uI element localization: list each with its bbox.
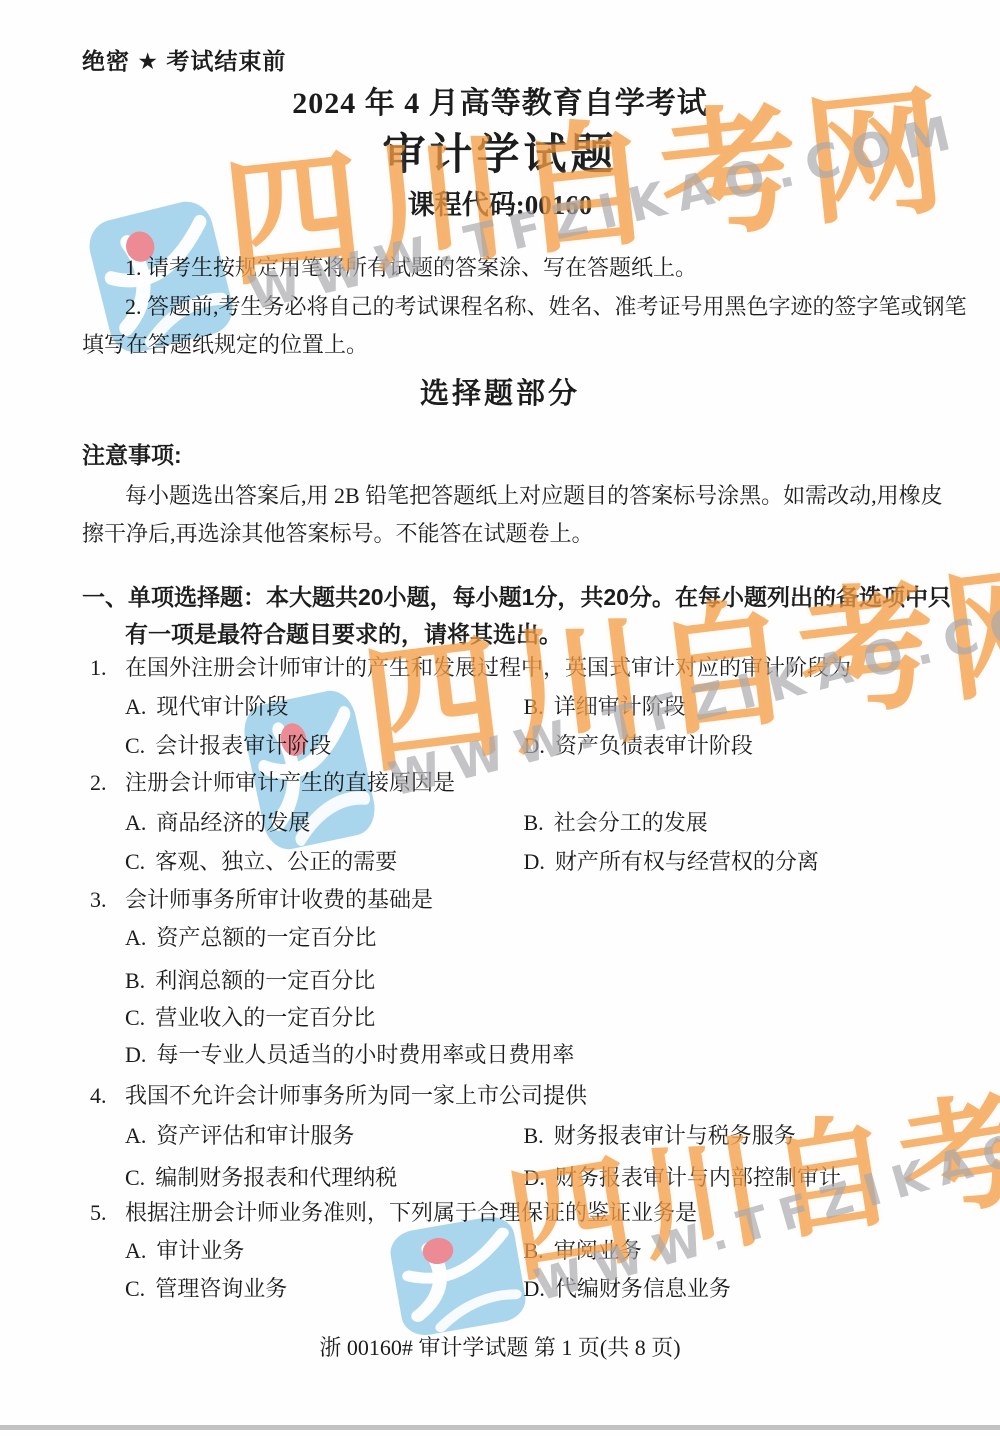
classification-label: 绝密 ★ 考试结束前 — [82, 48, 286, 76]
option-label: B. — [524, 1123, 544, 1148]
option-label: A. — [125, 1238, 146, 1263]
exam-title: 2024 年 4 月高等教育自学考试 — [0, 86, 1000, 122]
option-text: 资产评估和审计服务 — [156, 1123, 354, 1148]
option-label: A. — [125, 1123, 146, 1148]
option-item: D.财务报表审计与内部控制审计 — [524, 1165, 841, 1191]
option-item: A.审计业务 — [125, 1238, 518, 1264]
option-text: 社会分工的发展 — [554, 810, 708, 835]
question-number: 4. — [90, 1083, 125, 1109]
option-label: A. — [125, 810, 146, 835]
option-label: C. — [125, 733, 145, 758]
option-item: B.社会分工的发展 — [524, 810, 708, 836]
exam-page: 四川自考网 WWW.TFZIKAO.COM 四川自考网 WWW.TFZIKAO.… — [0, 0, 1000, 1436]
option-item: A.商品经济的发展 — [125, 810, 518, 836]
section-title: 选择题部分 — [0, 377, 1000, 412]
question-3-option-c: C.营业收入的一定百分比 — [125, 1005, 935, 1031]
question-number: 3. — [90, 887, 125, 913]
question-3-option-b: B.利润总额的一定百分比 — [125, 968, 935, 994]
question-3-option-a: A.资产总额的一定百分比 — [125, 925, 935, 951]
course-code: 课程代码:00160 — [0, 189, 1000, 221]
question-5-options-row-1: A.审计业务 B.审阅业务 — [125, 1238, 935, 1264]
option-text: 财务报表审计与税务服务 — [554, 1123, 796, 1148]
question-1-options-row-1: A.现代审计阶段 B.详细审计阶段 — [125, 694, 935, 720]
option-item: D.代编财务信息业务 — [524, 1276, 731, 1302]
option-text: 财务报表审计与内部控制审计 — [555, 1165, 841, 1190]
option-item: C.会计报表审计阶段 — [125, 733, 518, 759]
mcq-heading-line-1: 一、单项选择题：本大题共20小题，每小题1分，共20分。在每小题列出的备选项中只 — [82, 584, 951, 612]
option-label: D. — [125, 1042, 146, 1067]
option-text: 资产总额的一定百分比 — [156, 925, 376, 950]
option-item: C.管理咨询业务 — [125, 1276, 518, 1302]
option-label: B. — [524, 810, 544, 835]
option-text: 编制财务报表和代理纳税 — [155, 1165, 397, 1190]
option-item: A.资产评估和审计服务 — [125, 1123, 518, 1149]
question-stem-text: 会计师事务所审计收费的基础是 — [125, 887, 433, 912]
question-3-stem: 3.会计师事务所审计收费的基础是 — [90, 887, 433, 913]
option-label: B. — [524, 694, 544, 719]
option-label: C. — [125, 1005, 145, 1030]
notice-line-1: 每小题选出答案后,用 2B 铅笔把答题纸上对应题目的答案标号涂黑。如需改动,用橡… — [125, 483, 943, 509]
option-item: C.营业收入的一定百分比 — [125, 1005, 375, 1031]
option-text: 会计报表审计阶段 — [155, 733, 331, 758]
option-label: D. — [524, 1276, 545, 1301]
question-2-stem: 2.注册会计师审计产生的直接原因是 — [90, 770, 455, 796]
question-4-options-row-2: C.编制财务报表和代理纳税 D.财务报表审计与内部控制审计 — [125, 1165, 935, 1191]
question-stem-text: 根据注册会计师业务准则，下列属于合理保证的鉴证业务是 — [125, 1200, 697, 1225]
option-text: 管理咨询业务 — [155, 1276, 287, 1301]
question-3-option-d: D.每一专业人员适当的小时费用率或日费用率 — [125, 1042, 935, 1068]
option-item: C.编制财务报表和代理纳税 — [125, 1165, 518, 1191]
question-number: 2. — [90, 770, 125, 796]
option-label: A. — [125, 694, 146, 719]
option-item: B.审阅业务 — [524, 1238, 642, 1264]
option-text: 利润总额的一定百分比 — [155, 968, 375, 993]
notice-label: 注意事项: — [82, 442, 182, 470]
option-item: D.财产所有权与经营权的分离 — [524, 849, 819, 875]
option-label: C. — [125, 849, 145, 874]
option-item: C.客观、独立、公正的需要 — [125, 849, 518, 875]
option-item: A.现代审计阶段 — [125, 694, 518, 720]
option-label: D. — [524, 849, 545, 874]
option-label: A. — [125, 925, 146, 950]
instruction-line-1: 1. 请考生按规定用笔将所有试题的答案涂、写在答题纸上。 — [125, 255, 697, 281]
option-text: 代编财务信息业务 — [555, 1276, 731, 1301]
option-label: B. — [524, 1238, 544, 1263]
watermark-url: WWW.TFZIKAO.COM — [384, 578, 1000, 808]
instruction-line-3: 填写在答题纸规定的位置上。 — [82, 332, 368, 358]
question-5-stem: 5.根据注册会计师业务准则，下列属于合理保证的鉴证业务是 — [90, 1200, 697, 1226]
question-stem-text: 在国外注册会计师审计的产生和发展过程中，英国式审计对应的审计阶段为 — [125, 655, 851, 680]
option-text: 现代审计阶段 — [156, 694, 288, 719]
paper-title: 审计学试题 — [0, 130, 1000, 182]
option-text: 客观、独立、公正的需要 — [155, 849, 397, 874]
option-text: 审计业务 — [156, 1238, 244, 1263]
option-text: 详细审计阶段 — [554, 694, 686, 719]
option-text: 财产所有权与经营权的分离 — [555, 849, 819, 874]
question-stem-text: 我国不允许会计师事务所为同一家上市公司提供 — [125, 1083, 587, 1108]
scan-edge-line — [0, 1425, 1000, 1430]
question-number: 5. — [90, 1200, 125, 1226]
question-4-options-row-1: A.资产评估和审计服务 B.财务报表审计与税务服务 — [125, 1123, 935, 1149]
question-4-stem: 4.我国不允许会计师事务所为同一家上市公司提供 — [90, 1083, 587, 1109]
option-item: B.利润总额的一定百分比 — [125, 968, 375, 994]
option-label: D. — [524, 1165, 545, 1190]
option-item: D.每一专业人员适当的小时费用率或日费用率 — [125, 1042, 574, 1068]
option-text: 资产负债表审计阶段 — [555, 733, 753, 758]
option-text: 审阅业务 — [554, 1238, 642, 1263]
question-stem-text: 注册会计师审计产生的直接原因是 — [125, 770, 455, 795]
option-label: B. — [125, 968, 145, 993]
question-1-stem: 1.在国外注册会计师审计的产生和发展过程中，英国式审计对应的审计阶段为 — [90, 655, 851, 681]
notice-line-2: 擦干净后,再选涂其他答案标号。不能答在试题卷上。 — [82, 521, 594, 547]
option-label: D. — [524, 733, 545, 758]
question-5-options-row-2: C.管理咨询业务 D.代编财务信息业务 — [125, 1276, 935, 1302]
question-1-options-row-2: C.会计报表审计阶段 D.资产负债表审计阶段 — [125, 733, 935, 759]
page-footer: 浙 00160# 审计学试题 第 1 页(共 8 页) — [0, 1335, 1000, 1361]
option-label: C. — [125, 1165, 145, 1190]
option-item: B.财务报表审计与税务服务 — [524, 1123, 796, 1149]
question-2-options-row-1: A.商品经济的发展 B.社会分工的发展 — [125, 810, 935, 836]
question-2-options-row-2: C.客观、独立、公正的需要 D.财产所有权与经营权的分离 — [125, 849, 935, 875]
question-number: 1. — [90, 655, 125, 681]
option-item: B.详细审计阶段 — [524, 694, 686, 720]
option-item: D.资产负债表审计阶段 — [524, 733, 753, 759]
option-label: C. — [125, 1276, 145, 1301]
option-text: 商品经济的发展 — [156, 810, 310, 835]
option-item: A.资产总额的一定百分比 — [125, 925, 376, 951]
mcq-heading-line-2: 有一项是最符合题目要求的，请将其选出。 — [125, 621, 562, 649]
option-text: 营业收入的一定百分比 — [155, 1005, 375, 1030]
instruction-line-2: 2. 答题前,考生务必将自己的考试课程名称、姓名、准考证号用黑色字迹的签字笔或钢… — [125, 294, 967, 320]
option-text: 每一专业人员适当的小时费用率或日费用率 — [156, 1042, 574, 1067]
